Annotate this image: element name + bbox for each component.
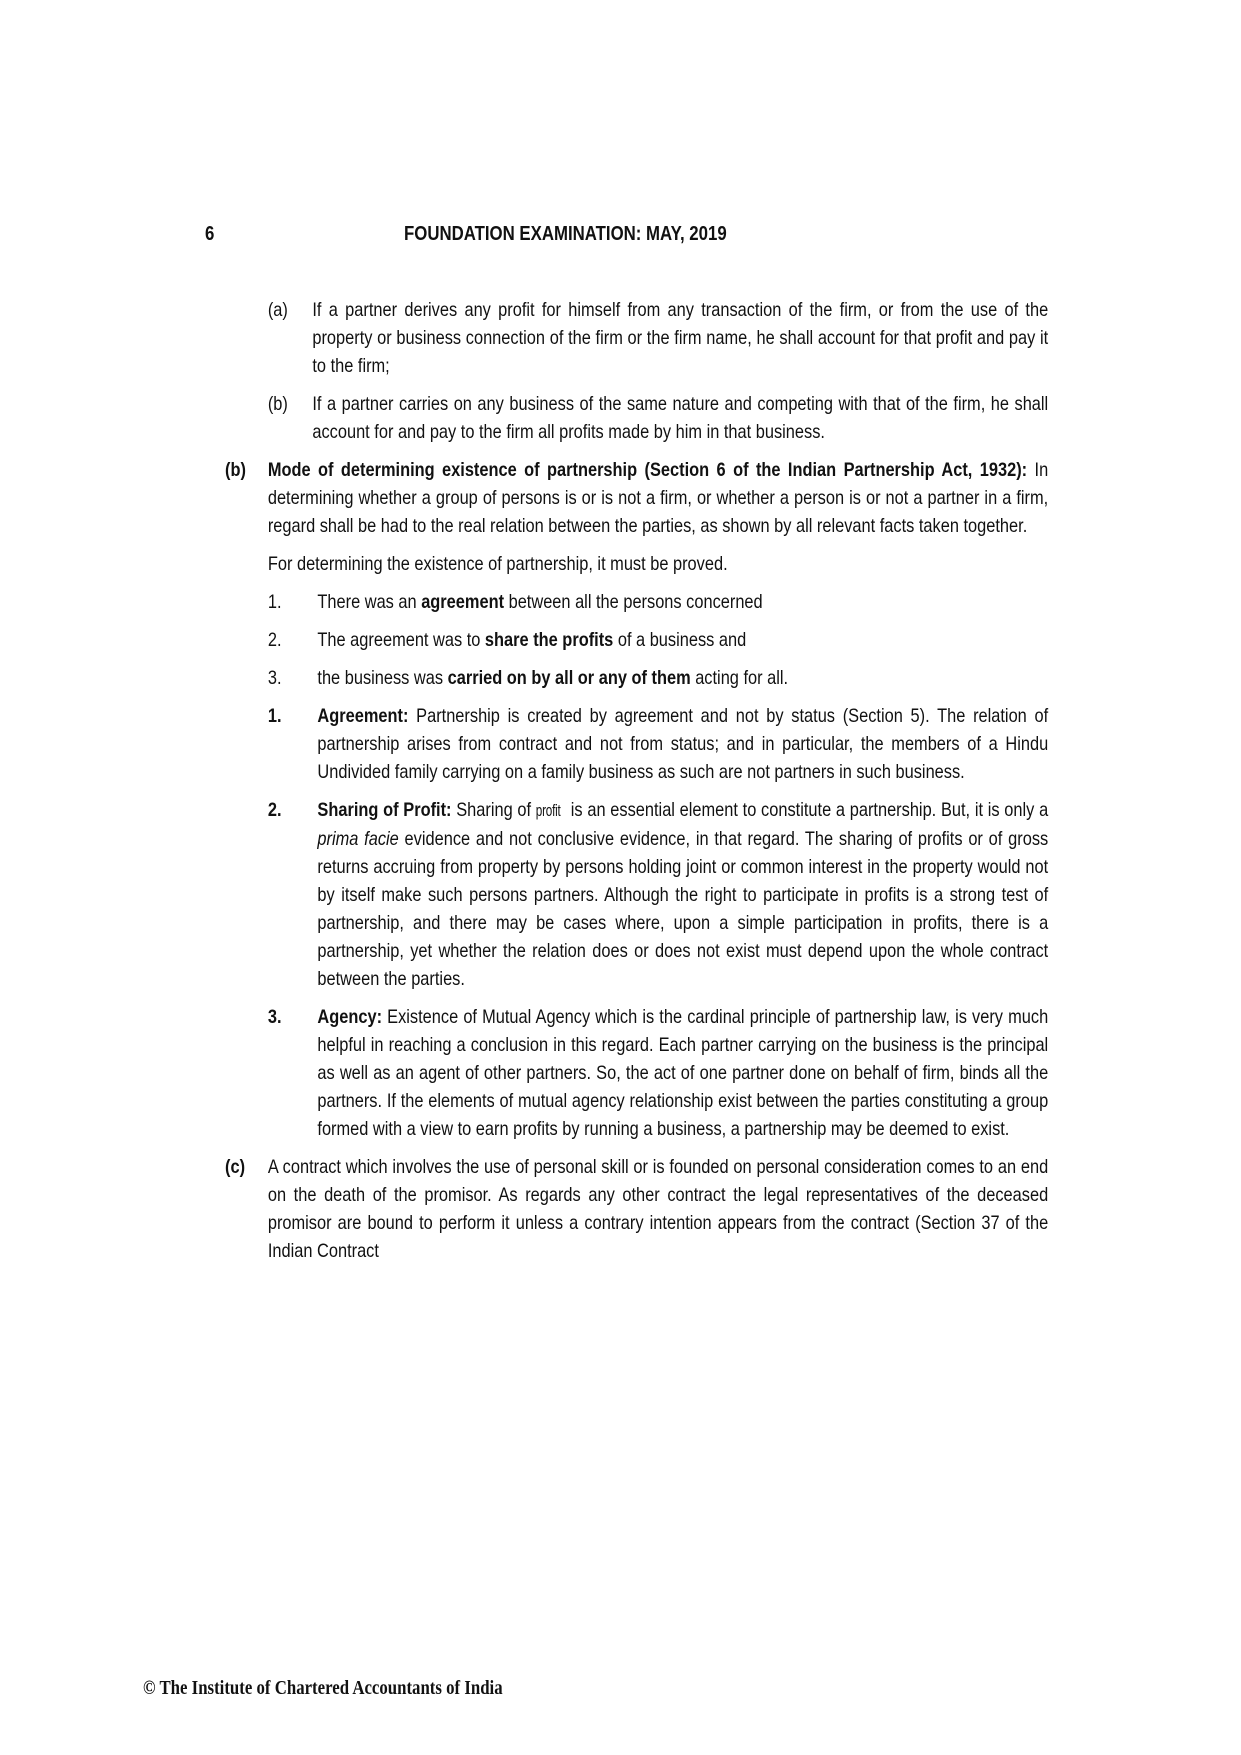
item-text: There was an agreement between all the p… xyxy=(317,588,1048,616)
text-run: Agreement: xyxy=(317,705,408,727)
text-run: profit xyxy=(536,797,561,825)
text-run: between all the persons concerned xyxy=(504,591,763,613)
text-run: The agreement was to xyxy=(317,629,485,651)
text-run: Sharing of Profit: xyxy=(317,799,451,821)
text-run: A contract which involves the use of per… xyxy=(268,1156,1048,1262)
item-marker: 2. xyxy=(268,796,282,824)
item-marker: (b) xyxy=(225,456,246,484)
text-run: share the profits xyxy=(485,629,613,651)
text-run: If a partner carries on any business of … xyxy=(312,393,1048,443)
item-marker: 1. xyxy=(268,588,282,616)
item-marker: (a) xyxy=(268,296,288,324)
document-page: { "colors": { "text": "#111111", "backgr… xyxy=(0,0,1241,1755)
page-number: 6 xyxy=(205,222,214,246)
item-marker: 2. xyxy=(268,626,282,654)
item-marker: 3. xyxy=(268,664,282,692)
text-run: There was an xyxy=(317,591,421,613)
doc-item: (a)If a partner derives any profit for h… xyxy=(225,296,1048,380)
text-run: is an essential element to constitute a … xyxy=(566,799,1048,821)
text-run: Existence of Mutual Agency which is the … xyxy=(317,1006,1048,1140)
doc-item: (b)If a partner carries on any business … xyxy=(225,390,1048,446)
text-run: the business was xyxy=(317,667,447,689)
item-text: If a partner carries on any business of … xyxy=(312,390,1048,446)
doc-item: 1.Agreement: Partnership is created by a… xyxy=(225,702,1048,786)
doc-item: (c)A contract which involves the use of … xyxy=(225,1153,1048,1265)
item-text: Agreement: Partnership is created by agr… xyxy=(317,702,1048,786)
item-text: Sharing of Profit: Sharing of profit is … xyxy=(317,796,1048,993)
text-run: acting for all. xyxy=(691,667,788,689)
text-run: Partnership is created by agreement and … xyxy=(317,705,1048,783)
text-run: carried on by all or any of them xyxy=(448,667,691,689)
item-marker: 3. xyxy=(268,1003,282,1031)
item-marker: (c) xyxy=(225,1153,245,1181)
item-text: For determining the existence of partner… xyxy=(268,550,1048,578)
item-text: A contract which involves the use of per… xyxy=(268,1153,1048,1265)
doc-item: 3.the business was carried on by all or … xyxy=(225,664,1048,692)
item-text: Agency: Existence of Mutual Agency which… xyxy=(317,1003,1048,1143)
item-text: the business was carried on by all or an… xyxy=(317,664,1048,692)
doc-item: 3.Agency: Existence of Mutual Agency whi… xyxy=(225,1003,1048,1143)
page-header-title: FOUNDATION EXAMINATION: MAY, 2019 xyxy=(404,222,727,246)
item-text: The agreement was to share the profits o… xyxy=(317,626,1048,654)
doc-item: 1.There was an agreement between all the… xyxy=(225,588,1048,616)
text-run: Sharing of xyxy=(452,799,536,821)
item-marker: (b) xyxy=(268,390,288,418)
text-run: Agency: xyxy=(317,1006,382,1028)
item-text: Mode of determining existence of partner… xyxy=(268,456,1048,540)
doc-item: (b)Mode of determining existence of part… xyxy=(225,456,1048,540)
text-run: of a business and xyxy=(613,629,746,651)
doc-body: (a)If a partner derives any profit for h… xyxy=(225,296,1048,1275)
text-run: agreement xyxy=(421,591,504,613)
doc-item: 2.Sharing of Profit: Sharing of profit i… xyxy=(225,796,1048,993)
item-marker: 1. xyxy=(268,702,282,730)
text-run: If a partner derives any profit for hims… xyxy=(312,299,1048,377)
text-run: evidence and not conclusive evidence, in… xyxy=(317,828,1048,990)
copyright-footer: © The Institute of Chartered Accountants… xyxy=(143,1676,503,1700)
doc-item: 2.The agreement was to share the profits… xyxy=(225,626,1048,654)
text-run: prima facie xyxy=(317,828,398,850)
doc-paragraph: For determining the existence of partner… xyxy=(225,550,1048,578)
text-run: Mode of determining existence of partner… xyxy=(268,459,1027,481)
item-text: If a partner derives any profit for hims… xyxy=(312,296,1048,380)
text-run: For determining the existence of partner… xyxy=(268,553,728,575)
